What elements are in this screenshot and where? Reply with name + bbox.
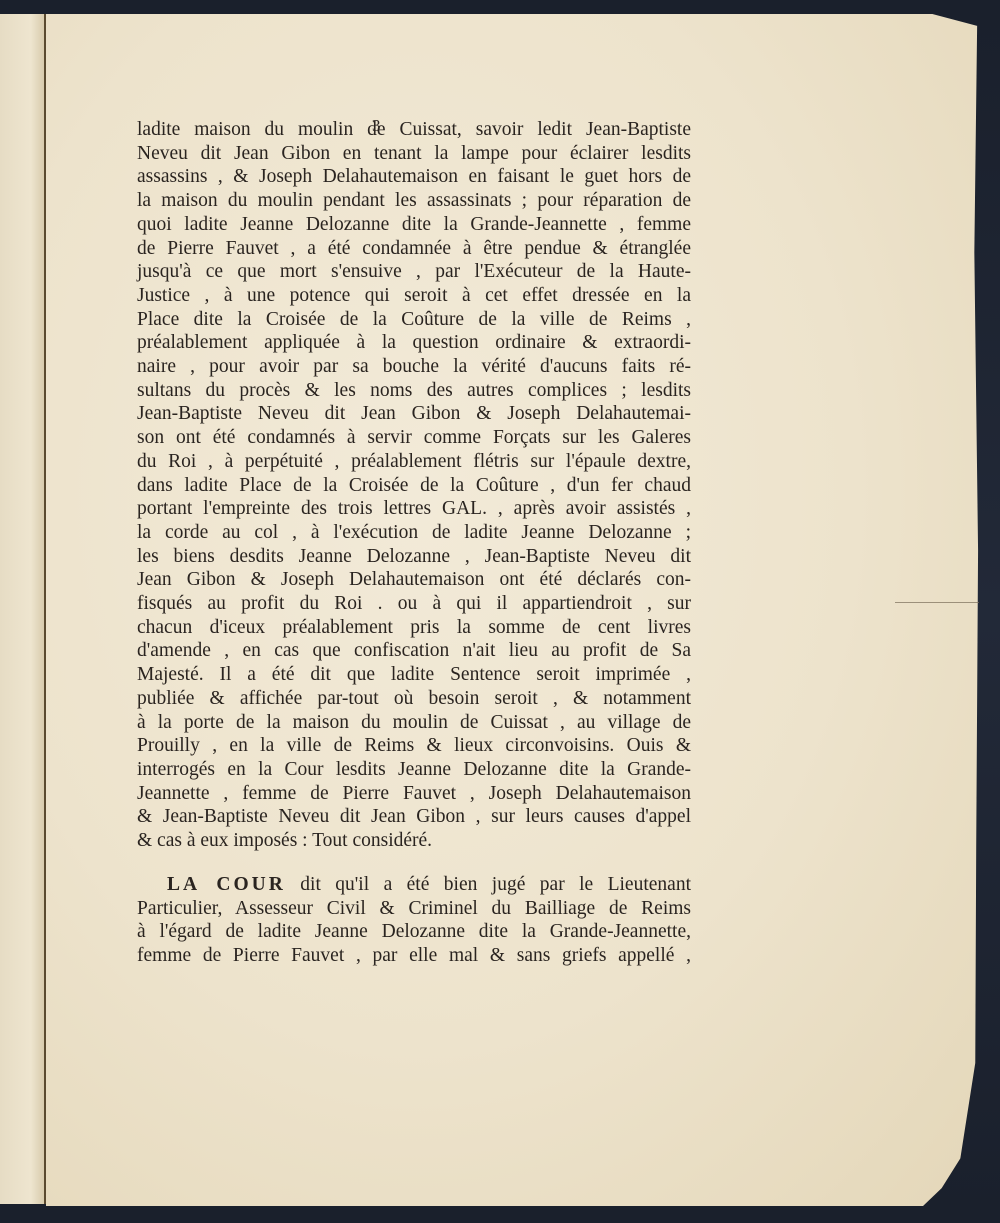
paragraph-1: ladite maison du moulin de Cuissat, savo…: [137, 118, 691, 853]
text-line: & Jean-Baptiste Neveu dit Jean Gibon , s…: [137, 805, 691, 829]
text-line: Majesté. Il a été dit que ladite Sentenc…: [137, 663, 691, 687]
text-line: d'amende , en cas que confiscation n'ait…: [137, 639, 691, 663]
text-line: dans ladite Place de la Croisée de la Co…: [137, 474, 691, 498]
text-line: Jean Gibon & Joseph Delahautemaison ont …: [137, 568, 691, 592]
text-line: Justice , à une potence qui seroit à cet…: [137, 284, 691, 308]
text-line: préalablement appliquée à la question or…: [137, 331, 691, 355]
paper-fold-crease: [895, 602, 979, 603]
text-line: Neveu dit Jean Gibon en tenant la lampe …: [137, 142, 691, 166]
text-line: portant l'empreinte des trois lettres GA…: [137, 497, 691, 521]
la-cour-heading: LA COUR: [167, 874, 286, 895]
text-line: ladite maison du moulin de Cuissat, savo…: [137, 118, 691, 142]
text-line: fisqués au profit du Roi . ou à qui il a…: [137, 592, 691, 616]
document-body: ladite maison du moulin de Cuissat, savo…: [137, 118, 691, 968]
text-line: interrogés en la Cour lesdits Jeanne Del…: [137, 758, 691, 782]
text-line: publiée & affichée par-tout où besoin se…: [137, 687, 691, 711]
text-line: Place dite la Croisée de la Coûture de l…: [137, 308, 691, 332]
text-line: quoi ladite Jeanne Delozanne dite la Gra…: [137, 213, 691, 237]
text-line: la maison du moulin pendant les assassin…: [137, 189, 691, 213]
text-line: femme de Pierre Fauvet , par elle mal & …: [137, 944, 691, 968]
text-line: chacun d'iceux préalablement pris la som…: [137, 616, 691, 640]
text-line: & cas à eux imposés : Tout considéré.: [137, 829, 691, 853]
previous-page-edge: [0, 14, 46, 1204]
text-line: LA COUR dit qu'il a été bien jugé par le…: [137, 873, 691, 897]
text-line: jusqu'à ce que mort s'ensuive , par l'Ex…: [137, 260, 691, 284]
text-line: Prouilly , en la ville de Reims & lieux …: [137, 734, 691, 758]
paragraph-2: LA COUR dit qu'il a été bien jugé par le…: [137, 873, 691, 968]
text-line: du Roi , à perpétuité , préalablement fl…: [137, 450, 691, 474]
text-line: son ont été condamnés à servir comme For…: [137, 426, 691, 450]
text-line: Particulier, Assesseur Civil & Criminel …: [137, 897, 691, 921]
text-line: de Pierre Fauvet , a été condamnée à êtr…: [137, 237, 691, 261]
text-line: la corde au col , à l'exécution de ladit…: [137, 521, 691, 545]
text-line: Jean-Baptiste Neveu dit Jean Gibon & Jos…: [137, 402, 691, 426]
text-line: à la porte de la maison du moulin de Cui…: [137, 711, 691, 735]
text-line: assassins , & Joseph Delahautemaison en …: [137, 165, 691, 189]
text-line: les biens desdits Jeanne Delozanne , Jea…: [137, 545, 691, 569]
text-line: Jeannette , femme de Pierre Fauvet , Jos…: [137, 782, 691, 806]
text-line: naire , pour avoir par sa bouche la véri…: [137, 355, 691, 379]
text-line: sultans du procès & les noms des autres …: [137, 379, 691, 403]
text-line: à l'égard de ladite Jeanne Delozanne dit…: [137, 920, 691, 944]
